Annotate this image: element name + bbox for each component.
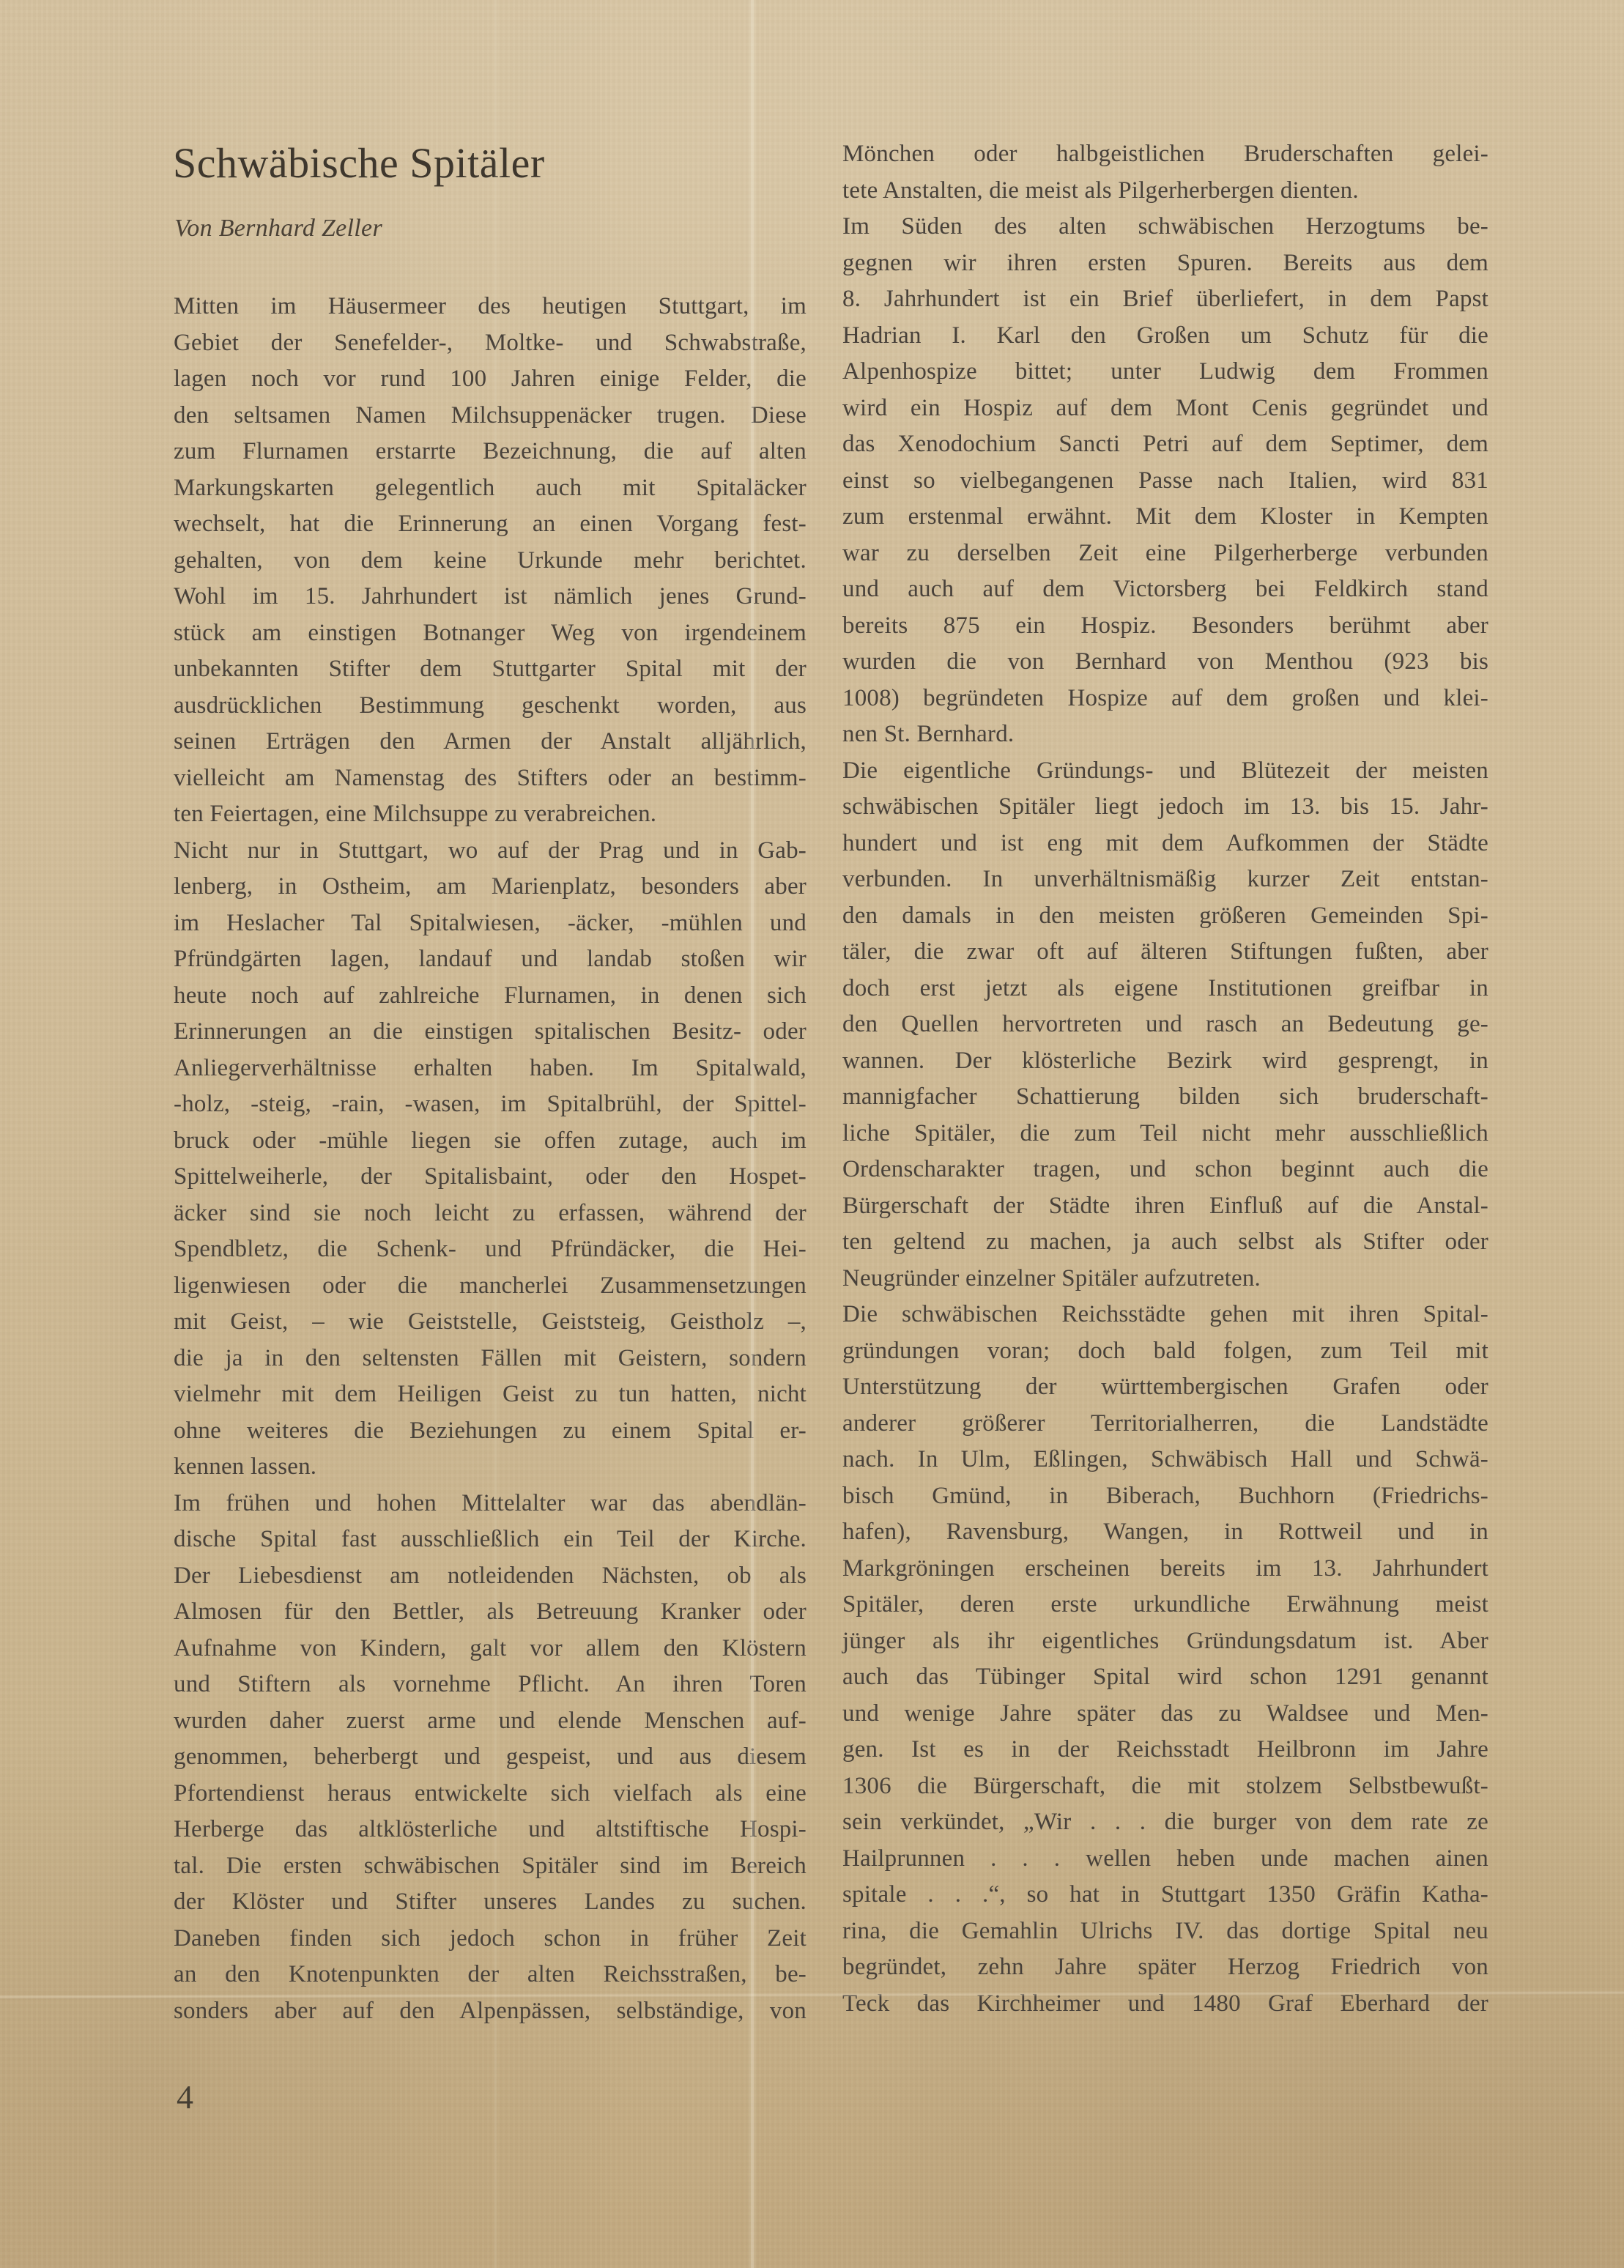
text-line: anderer größerer Territorialherren, die …: [842, 1406, 1488, 1442]
text-line: kennen lassen.: [174, 1449, 807, 1486]
text-line: Pfortendienst heraus entwickelte sich vi…: [174, 1776, 807, 1812]
page-number: 4: [177, 2079, 193, 2116]
text-line: den damals in den meisten größeren Gemei…: [842, 898, 1488, 935]
text-line: mannigfacher Schattierung bilden sich br…: [842, 1079, 1488, 1116]
text-line: spitale . . .“, so hat in Stuttgart 1350…: [842, 1877, 1488, 1913]
text-line: gründungen voran; doch bald folgen, zum …: [842, 1333, 1488, 1370]
text-line: täler, die zwar oft auf älteren Stiftung…: [842, 934, 1488, 971]
text-line: Erinnerungen an die einstigen spitalisch…: [174, 1014, 807, 1050]
text-line: und Stiftern als vornehme Pflicht. An ih…: [174, 1667, 807, 1703]
text-line: hundert und ist eng mit dem Aufkommen de…: [842, 826, 1488, 862]
text-line: unbekannten Stifter dem Stuttgarter Spit…: [174, 651, 807, 688]
text-line: im Heslacher Tal Spitalwiesen, -äcker, -…: [174, 905, 807, 942]
text-line: nach. In Ulm, Eßlingen, Schwäbisch Hall …: [842, 1442, 1488, 1478]
text-line: gegnen wir ihren ersten Spuren. Bereits …: [842, 245, 1488, 282]
text-line: sein verkündet, „Wir . . . die burger vo…: [842, 1804, 1488, 1841]
text-line: gehalten, von dem keine Urkunde mehr ber…: [174, 543, 807, 579]
text-line: Mitten im Häusermeer des heutigen Stuttg…: [174, 289, 807, 325]
text-line: Nicht nur in Stuttgart, wo auf der Prag …: [174, 833, 807, 870]
text-line: Alpenhospize bittet; unter Ludwig dem Fr…: [842, 354, 1488, 390]
text-line: äcker sind sie noch leicht zu erfassen, …: [174, 1196, 807, 1232]
text-line: genommen, beherbergt und gespeist, und a…: [174, 1739, 807, 1776]
text-line: wird ein Hospiz auf dem Mont Cenis gegrü…: [842, 390, 1488, 427]
text-line: Bürgerschaft der Städte ihren Einfluß au…: [842, 1188, 1488, 1225]
text-line: ten geltend zu machen, ja auch selbst al…: [842, 1224, 1488, 1261]
text-line: sonders aber auf den Alpenpässen, selbst…: [174, 1993, 807, 2030]
text-line: und wenige Jahre später das zu Waldsee u…: [842, 1696, 1488, 1732]
text-line: wannen. Der klösterliche Bezirk wird ges…: [842, 1043, 1488, 1080]
article-title: Schwäbische Spitäler: [173, 139, 545, 188]
right-text-column: Mönchen oder halbgeistlichen Bruderschaf…: [842, 136, 1488, 2022]
text-line: Der Liebesdienst am notleidenden Nächste…: [174, 1558, 807, 1595]
text-line: lagen noch vor rund 100 Jahren einige Fe…: [174, 361, 807, 398]
text-line: bisch Gmünd, in Biberach, Buchhorn (Frie…: [842, 1478, 1488, 1515]
text-line: an den Knotenpunkten der alten Reichsstr…: [174, 1957, 807, 1993]
text-line: den Quellen hervortreten und rasch an Be…: [842, 1007, 1488, 1043]
text-line: Pfründgärten lagen, landauf und landab s…: [174, 941, 807, 978]
text-line: verbunden. In unverhältnismäßig kurzer Z…: [842, 861, 1488, 898]
text-line: Aufnahme von Kindern, galt vor allem den…: [174, 1631, 807, 1667]
text-line: lenberg, in Ostheim, am Marienplatz, bes…: [174, 869, 807, 905]
text-line: seinen Erträgen den Armen der Anstalt al…: [174, 724, 807, 760]
text-line: war zu derselben Zeit eine Pilgerherberg…: [842, 535, 1488, 572]
text-line: Almosen für den Bettler, als Betreuung K…: [174, 1594, 807, 1631]
text-line: zum erstenmal erwähnt. Mit dem Kloster i…: [842, 499, 1488, 535]
text-line: jünger als ihr eigentliches Gründungsdat…: [842, 1623, 1488, 1660]
text-line: 8. Jahrhundert ist ein Brief überliefert…: [842, 281, 1488, 318]
text-line: tete Anstalten, die meist als Pilgerherb…: [842, 173, 1488, 210]
text-line: Markungskarten gelegentlich auch mit Spi…: [174, 470, 807, 507]
text-line: wechselt, hat die Erinnerung an einen Vo…: [174, 506, 807, 543]
text-line: schwäbischen Spitäler liegt jedoch im 13…: [842, 789, 1488, 826]
text-line: doch erst jetzt als eigene Institutionen…: [842, 971, 1488, 1007]
left-text-column: Mitten im Häusermeer des heutigen Stuttg…: [174, 289, 807, 2029]
text-line: Teck das Kirchheimer und 1480 Graf Eberh…: [842, 1986, 1488, 2023]
text-line: mit Geist, – wie Geiststelle, Geiststeig…: [174, 1304, 807, 1341]
text-line: Daneben finden sich jedoch schon in früh…: [174, 1921, 807, 1957]
text-line: ausdrücklichen Bestimmung geschenkt word…: [174, 688, 807, 724]
text-line: Hailprunnen . . . wellen heben unde mach…: [842, 1841, 1488, 1878]
text-line: zum Flurnamen erstarrte Bezeichnung, die…: [174, 434, 807, 470]
text-line: ohne weiteres die Beziehungen zu einem S…: [174, 1413, 807, 1450]
scanned-book-page: Schwäbische Spitäler Von Bernhard Zeller…: [0, 0, 1624, 2268]
text-line: bruck oder -mühle liegen sie offen zutag…: [174, 1123, 807, 1160]
text-line: heute noch auf zahlreiche Flurnamen, in …: [174, 978, 807, 1015]
text-line: rina, die Gemahlin Ulrichs IV. das dorti…: [842, 1913, 1488, 1950]
text-line: der Klöster und Stifter unseres Landes z…: [174, 1884, 807, 1921]
text-line: Im frühen und hohen Mittelalter war das …: [174, 1486, 807, 1522]
text-line: Wohl im 15. Jahrhundert ist nämlich jene…: [174, 579, 807, 615]
text-line: begründet, zehn Jahre später Herzog Frie…: [842, 1949, 1488, 1986]
text-line: Spittelweiherle, der Spitalisbaint, oder…: [174, 1159, 807, 1196]
text-line: die ja in den seltensten Fällen mit Geis…: [174, 1341, 807, 1377]
text-line: Hadrian I. Karl den Großen um Schutz für…: [842, 318, 1488, 355]
text-line: vielmehr mit dem Heiligen Geist zu tun h…: [174, 1376, 807, 1413]
text-line: Neugründer einzelner Spitäler aufzutrete…: [842, 1261, 1488, 1297]
text-line: den seltsamen Namen Milchsuppenäcker tru…: [174, 398, 807, 434]
text-line: gen. Ist es in der Reichsstadt Heilbronn…: [842, 1732, 1488, 1768]
text-line: liche Spitäler, die zum Teil nicht mehr …: [842, 1116, 1488, 1152]
text-line: Anliegerverhältnisse erhalten haben. Im …: [174, 1050, 807, 1087]
text-line: wurden daher zuerst arme und elende Mens…: [174, 1703, 807, 1740]
text-line: das Xenodochium Sancti Petri auf dem Sep…: [842, 426, 1488, 463]
text-line: auch das Tübinger Spital wird schon 1291…: [842, 1659, 1488, 1696]
text-line: Spitäler, deren erste urkundliche Erwähn…: [842, 1587, 1488, 1623]
text-line: Unterstützung der württembergischen Graf…: [842, 1369, 1488, 1406]
text-line: vielleicht am Namenstag des Stifters ode…: [174, 760, 807, 797]
text-line: Spendbletz, die Schenk- und Pfründäcker,…: [174, 1231, 807, 1268]
text-line: Gebiet der Senefelder-, Moltke- und Schw…: [174, 325, 807, 362]
text-line: nen St. Bernhard.: [842, 716, 1488, 753]
text-line: Im Süden des alten schwäbischen Herzogtu…: [842, 209, 1488, 245]
text-line: stück am einstigen Botnanger Weg von irg…: [174, 615, 807, 652]
text-line: tal. Die ersten schwäbischen Spitäler si…: [174, 1848, 807, 1885]
text-line: 1008) begründeten Hospize auf dem großen…: [842, 681, 1488, 717]
text-line: hafen), Ravensburg, Wangen, in Rottweil …: [842, 1514, 1488, 1551]
text-line: ten Feiertagen, eine Milchsuppe zu verab…: [174, 796, 807, 833]
text-line: 1306 die Bürgerschaft, die mit stolzem S…: [842, 1768, 1488, 1805]
text-line: Die schwäbischen Reichsstädte gehen mit …: [842, 1297, 1488, 1333]
text-line: Herberge das altklösterliche und altstif…: [174, 1812, 807, 1848]
text-line: Die eigentliche Gründungs- und Blütezeit…: [842, 753, 1488, 790]
author-byline: Von Bernhard Zeller: [174, 212, 382, 245]
text-line: -holz, -steig, -rain, -wasen, im Spitalb…: [174, 1086, 807, 1123]
text-line: ligenwiesen oder die mancherlei Zusammen…: [174, 1268, 807, 1305]
text-line: Markgröningen erscheinen bereits im 13. …: [842, 1551, 1488, 1587]
text-line: bereits 875 ein Hospiz. Besonders berühm…: [842, 608, 1488, 645]
text-line: wurden die von Bernhard von Menthou (923…: [842, 644, 1488, 681]
text-line: Ordenscharakter tragen, und schon beginn…: [842, 1152, 1488, 1188]
text-line: und auch auf dem Victorsberg bei Feldkir…: [842, 571, 1488, 608]
text-line: einst so vielbegangenen Passe nach Itali…: [842, 463, 1488, 500]
text-line: Mönchen oder halbgeistlichen Bruderschaf…: [842, 136, 1488, 173]
text-line: dische Spital fast ausschließlich ein Te…: [174, 1522, 807, 1558]
